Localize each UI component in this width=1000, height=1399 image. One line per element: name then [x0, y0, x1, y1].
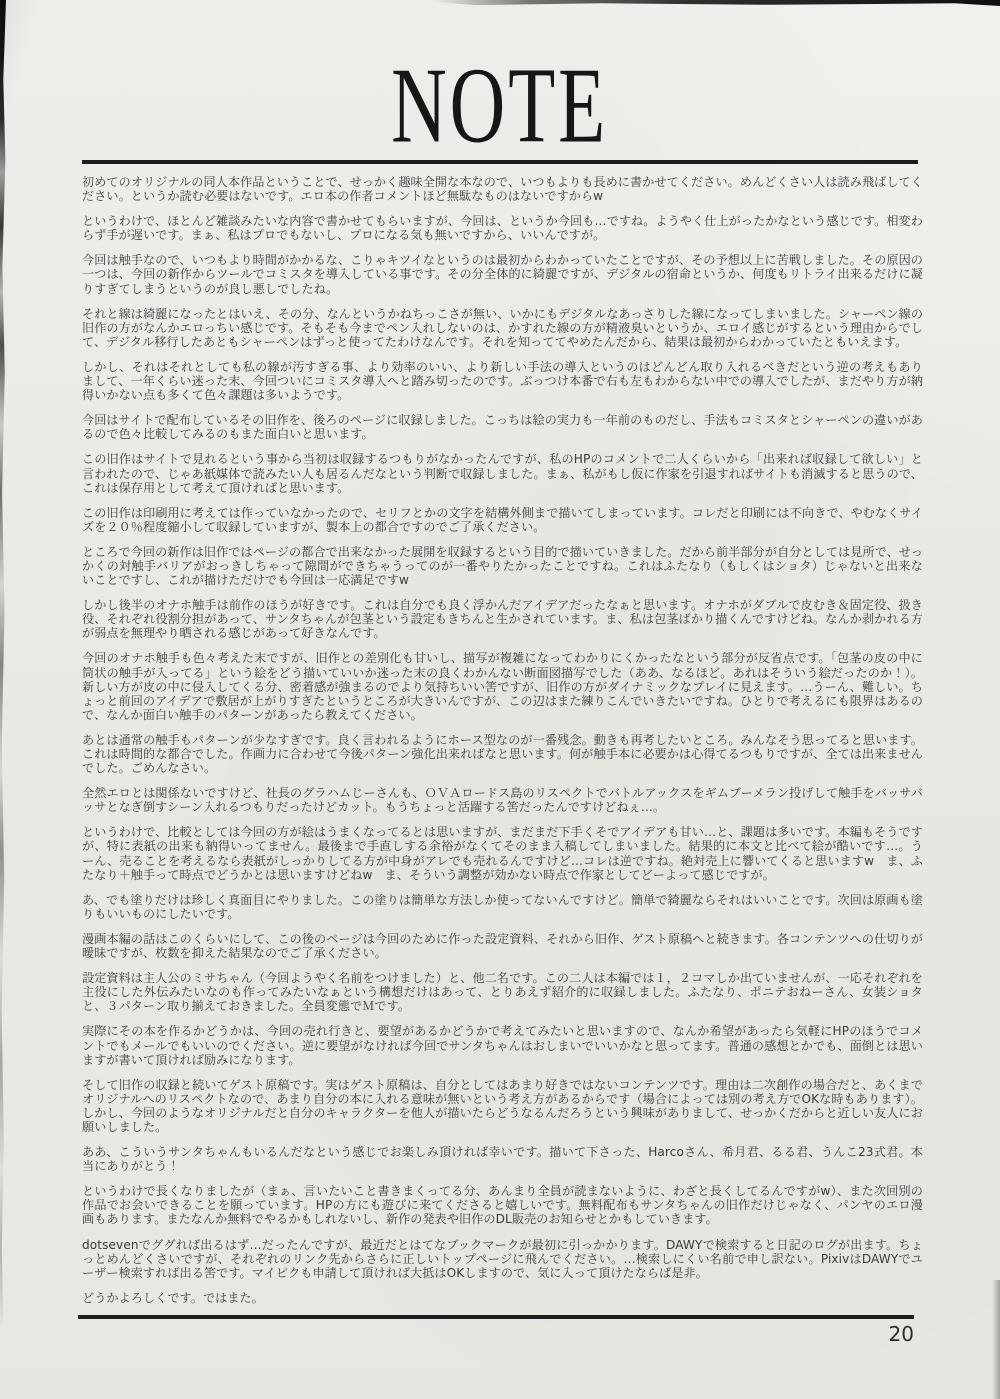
paragraph: 全然エロとは関係ないですけど、社長のグラハムじーさんも、ＯＶＡロードス島のリスペ…	[82, 786, 923, 814]
page-number: 20	[78, 1322, 914, 1346]
page-header: NOTE	[0, 0, 1000, 164]
paragraph: この旧作はサイトで見れるという事から当初は収録するつもりがなかったんですが、私の…	[82, 452, 923, 494]
paragraph: あ、でも塗りだけは珍しく真面目にやりました。この塗りは簡単な方法しか使ってないん…	[82, 893, 923, 921]
paragraph: 実際にその本を作るかどうかは、今回の売れ行きと、要望があるかどうかで考えてみたい…	[82, 1024, 923, 1066]
scan-edge-left	[0, 0, 6, 1330]
paragraph: というわけで長くなりましたが（まぁ、言いたいこと書きまくってる分、あんまり全員が…	[82, 1184, 923, 1226]
footer-rule	[78, 1315, 914, 1319]
paragraph: ああ、こういうサンタちゃんもいるんだなという感じでお楽しみ頂ければ幸いです。描い…	[82, 1145, 923, 1173]
paragraph: しかし、それはそれとしても私の線が汚すぎる事、より効率のいい、より新しい手法の導…	[82, 360, 923, 402]
paragraph: あとは通常の触手もパターンが少なすぎです。良く言われるようにホース型なのが一番残…	[82, 733, 923, 775]
paragraph: そして旧作の収録と続いてゲスト原稿です。実はゲスト原稿は、自分としてはあまり好き…	[82, 1078, 923, 1134]
paragraph: どうかよろしくです。ではまた。	[82, 1291, 923, 1305]
paragraph: それと線は綺麗になったとはいえ、その分、なんというかねちっこさが無い、いかにもデ…	[82, 307, 923, 349]
scanned-note-page: NOTE 初めてのオリジナルの同人本作品ということで、せっかく趣味全開な本なので…	[0, 0, 1000, 1399]
body-text: 初めてのオリジナルの同人本作品ということで、せっかく趣味全開な本なので、いつもよ…	[82, 175, 923, 1305]
paragraph: というわけで、比較としては今回の方が絵はうまくなってるとは思いますが、まだまだ下…	[82, 825, 923, 881]
scan-shadow-right	[992, 1280, 1000, 1399]
paragraph: 今回はサイトで配布しているその旧作を、後ろのページに収録しました。こっちは絵の実…	[82, 413, 923, 441]
page-title: NOTE	[391, 52, 608, 160]
paragraph: 初めてのオリジナルの同人本作品ということで、せっかく趣味全開な本なので、いつもよ…	[82, 175, 923, 203]
paragraph: 設定資料は主人公のミサちゃん（今回ようやく名前をつけました）と、他二名です。この…	[82, 971, 923, 1013]
paragraph: この旧作は印刷用に考えては作っていなかったので、セリフとかの文字を結構外側まで描…	[82, 506, 923, 534]
paragraph: 今回のオナホ触手も色々考えた末ですが、旧作との差別化も甘いし、描写が複雑になって…	[82, 651, 923, 721]
paragraph: ところで今回の新作は旧作ではページの都合で出来なかった展開を収録するという目的で…	[82, 545, 923, 587]
paragraph: dotsevenでググれば出るはず…だったんですが、最近だとはてなブックマークが…	[82, 1238, 923, 1280]
paragraph: 今回は触手なので、いつもより時間がかかるな、こりゃキツイなというのは最初からわか…	[82, 253, 923, 295]
paragraph: しかし後半のオナホ触手は前作のほうが好きです。これは自分でも良く浮かんだアイデア…	[82, 598, 923, 640]
paragraph: というわけで、ほとんど雑談みたいな内容で書かせてもらいますが、今回は、というか今…	[82, 214, 923, 242]
paragraph: 漫画本編の話はこのくらいにして、この後のページは今回のために作った設定資料、それ…	[82, 932, 923, 960]
